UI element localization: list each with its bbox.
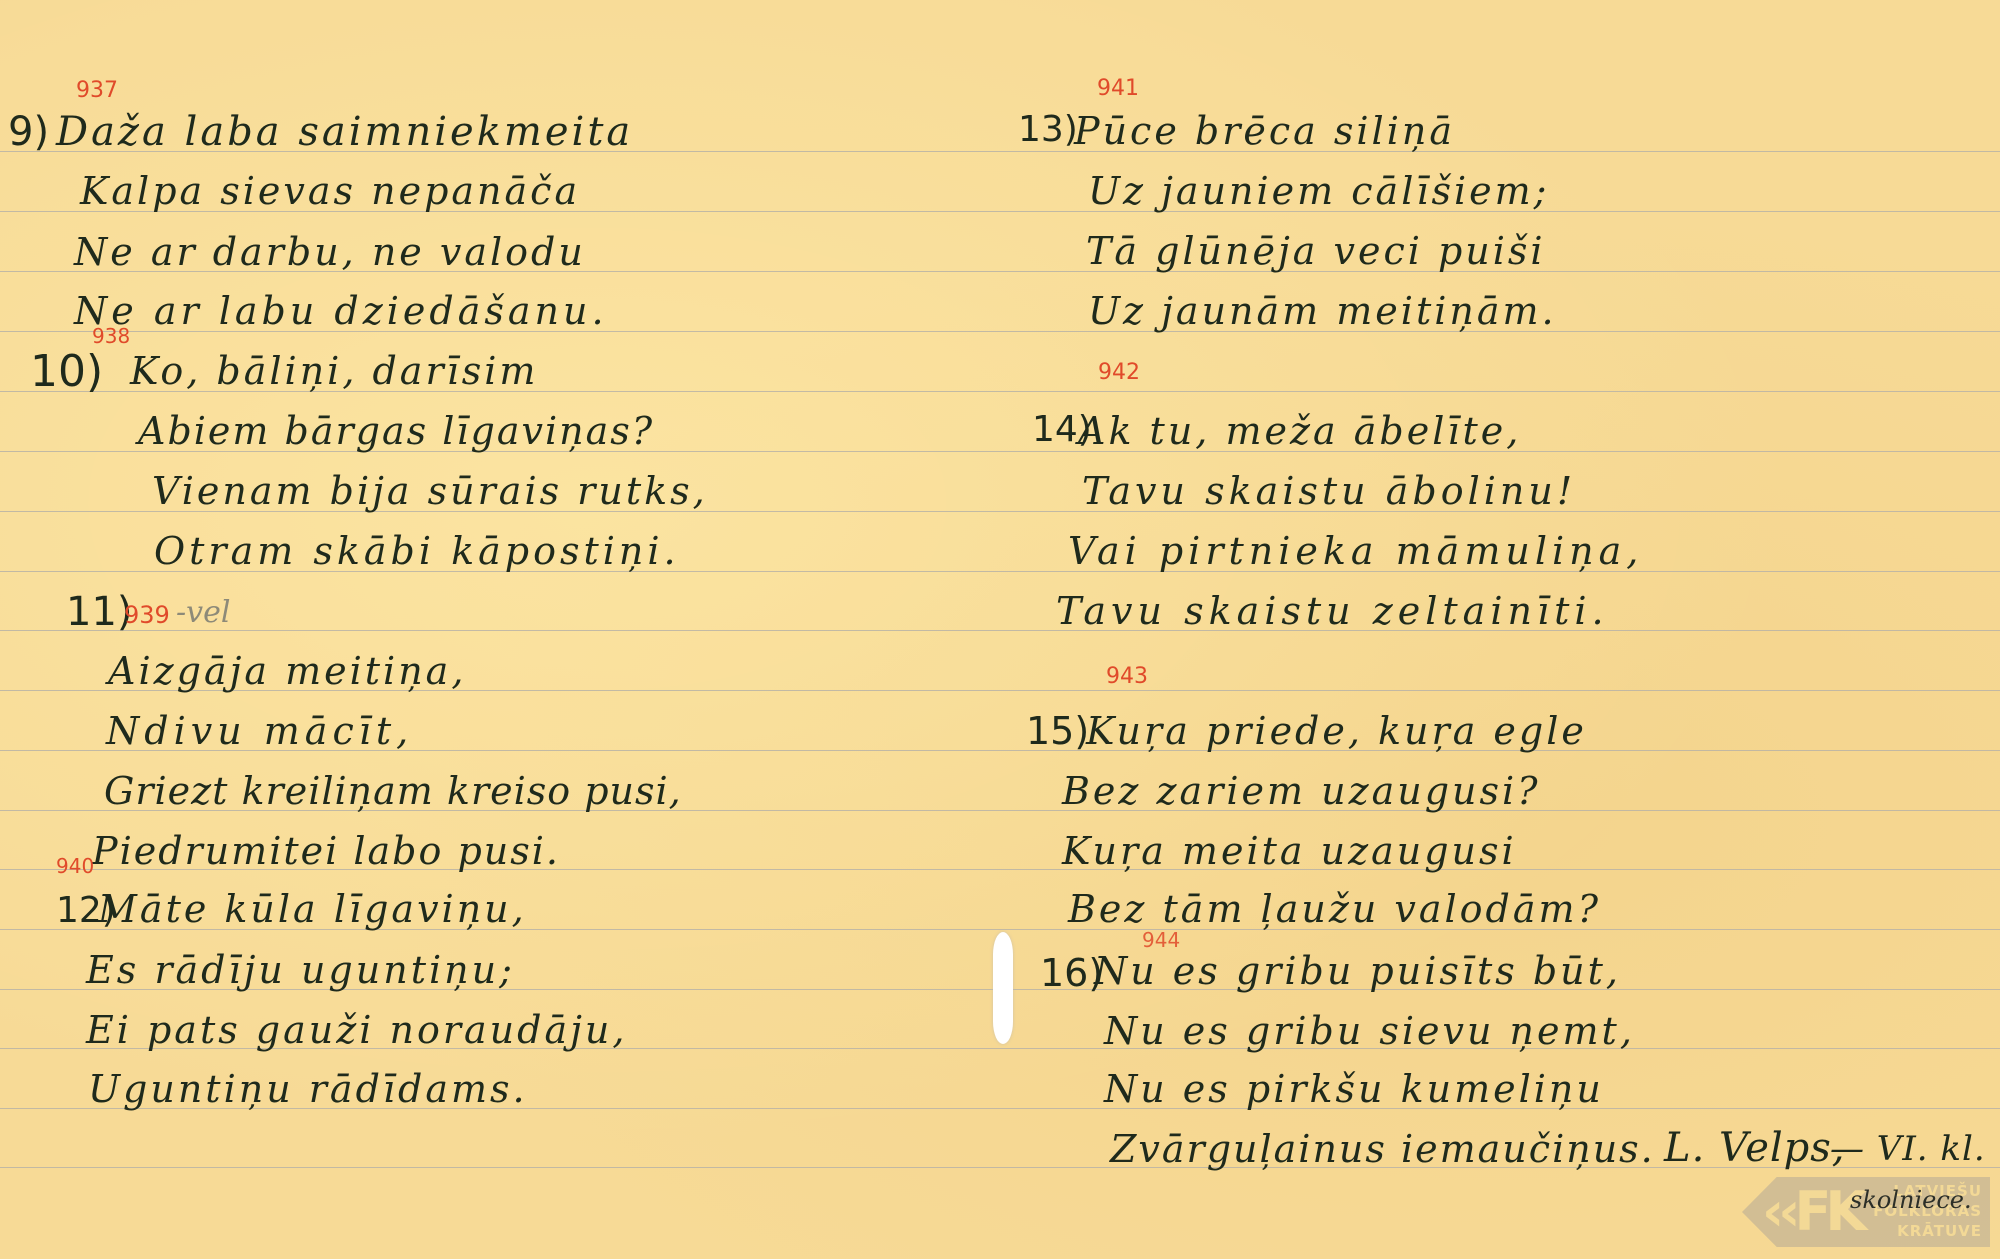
verse-line: Ak tu, meža ābelīte, — [1078, 412, 1521, 450]
verse-line: Nu es gribu puisīts būt, — [1094, 952, 1621, 990]
verse-line: Piedrumitei labo pusi. — [92, 832, 560, 870]
song-number: 10) — [30, 350, 103, 394]
verse-line: Kuŗa priede, kuŗa egle — [1086, 712, 1587, 750]
verse-line: Zvārguļainus iemaučiņus. — [1110, 1130, 1655, 1168]
verse-line: Aizgāja meitiņa, — [108, 652, 466, 690]
margin-note: -vel — [176, 598, 230, 628]
catalog-number: 940 — [56, 856, 94, 876]
manuscript-page: 937 9) Daža laba saimniekmeita Kalpa sie… — [0, 0, 2000, 1259]
ruled-line — [0, 630, 2000, 631]
lfk-logo-icon: ‹‹FK — [1762, 1185, 1861, 1239]
verse-line: Nu es gribu sievu ņemt, — [1104, 1012, 1635, 1050]
verse-line: Tā glūnēja veci puiši — [1086, 232, 1546, 270]
paper-tear — [993, 932, 1013, 1044]
verse-line: Daža laba saimniekmeita — [56, 112, 633, 152]
catalog-number: 937 — [76, 80, 118, 102]
watermark-line: KRĀTUVE — [1872, 1224, 1982, 1239]
verse-line: Bez zariem uzaugusi? — [1062, 772, 1541, 810]
catalog-number: 941 — [1097, 78, 1139, 100]
catalog-number: 942 — [1098, 362, 1140, 384]
verse-line: Bez tām ļaužu valodām? — [1068, 890, 1601, 928]
song-number: 15) — [1026, 712, 1089, 750]
verse-line: Pūce brēca siliņā — [1074, 112, 1455, 150]
verse-line: Ko, bāliņi, darīsim — [130, 352, 538, 390]
verse-line: Abiem bārgas līgaviņas? — [138, 412, 654, 450]
verse-line: Nu es pirkšu kumeliņu — [1104, 1070, 1604, 1108]
verse-line: Ne ar darbu, ne valodu — [74, 233, 586, 271]
signature-note: skolniece. — [1850, 1186, 1972, 1214]
signature-name: L. Velps, — [1664, 1128, 1846, 1168]
song-number: 11) — [66, 592, 133, 632]
song-number: 13) — [1018, 112, 1078, 148]
verse-line: Otram skābi kāpostiņi. — [154, 532, 680, 570]
verse-line: Tavu skaistu ābolinu! — [1082, 472, 1576, 510]
verse-line: Es rādīju uguntiņu; — [86, 951, 515, 989]
signature-grade: — VI. kl. — [1830, 1132, 1986, 1166]
verse-line: Vai pirtnieka māmuliņa, — [1068, 532, 1643, 570]
verse-line: Māte kūla līgaviņu, — [98, 890, 527, 928]
catalog-number: 938 — [92, 326, 130, 346]
verse-line: Kuŗa meita uzaugusi — [1062, 832, 1517, 870]
catalog-number: 944 — [1142, 930, 1180, 950]
catalog-number: 943 — [1106, 666, 1148, 688]
song-number: 9) — [8, 112, 49, 152]
catalog-number: 939 — [124, 603, 170, 627]
verse-line: Tavu skaistu zeltainīti. — [1056, 592, 1609, 630]
verse-line: Ei pats gauži noraudāju, — [86, 1011, 627, 1049]
verse-line: Griezt kreiliņam kreiso pusi, — [104, 772, 682, 810]
verse-line: Uguntiņu rādīdams. — [88, 1070, 528, 1108]
verse-line: Uz jaunām meitiņām. — [1088, 292, 1557, 330]
verse-line: Uz jauniem cālīšiem; — [1088, 172, 1550, 210]
verse-line: Ne ar labu dziedāšanu. — [74, 292, 608, 330]
verse-line: Vienam bija sūrais rutks, — [152, 472, 708, 510]
verse-line: Ndivu mācīt, — [106, 712, 413, 750]
verse-line: Kalpa sievas nepanāča — [80, 172, 580, 210]
